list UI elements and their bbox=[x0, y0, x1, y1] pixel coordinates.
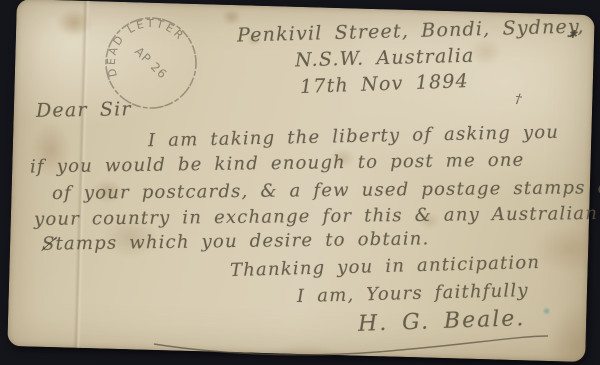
postmark-arc-text: DEAD LETTER bbox=[88, 0, 189, 85]
salutation: Dear Sir bbox=[36, 98, 132, 122]
blue-speck bbox=[543, 306, 550, 316]
body-line-3: of your postcards, & a few used postage … bbox=[52, 177, 600, 204]
svg-text:DEAD LETTER: DEAD LETTER bbox=[88, 0, 189, 85]
body-line-2: if you would be kind enough to post me o… bbox=[30, 150, 525, 178]
body-line-6: Thanking you in anticipation bbox=[230, 252, 541, 281]
address-line-1: Penkivil Street, Bondi, Sydney, bbox=[237, 15, 585, 46]
stray-ink-mark: ✱ bbox=[568, 28, 577, 41]
date-line: 17th Nov 1894 bbox=[300, 70, 470, 98]
body-line-5: Stamps which you desire to obtain. bbox=[42, 228, 430, 254]
postcard-photo: DEAD LETTER AP 26 Penkivil Street, Bondi… bbox=[0, 0, 600, 365]
body-line-1: I am taking the liberty of asking you bbox=[148, 122, 559, 152]
signature-flourish-icon bbox=[140, 320, 560, 360]
body-line-7: I am, Yours faithfully bbox=[297, 280, 529, 307]
postmark-date-text: AP 26 bbox=[132, 44, 170, 82]
body-line-4: your country in exchange for this & any … bbox=[34, 203, 598, 230]
address-line-2: N.S.W. Australia bbox=[295, 45, 475, 72]
stray-ink-mark: † bbox=[514, 92, 523, 108]
handwriting-layer: DEAD LETTER AP 26 Penkivil Street, Bondi… bbox=[0, 0, 600, 365]
